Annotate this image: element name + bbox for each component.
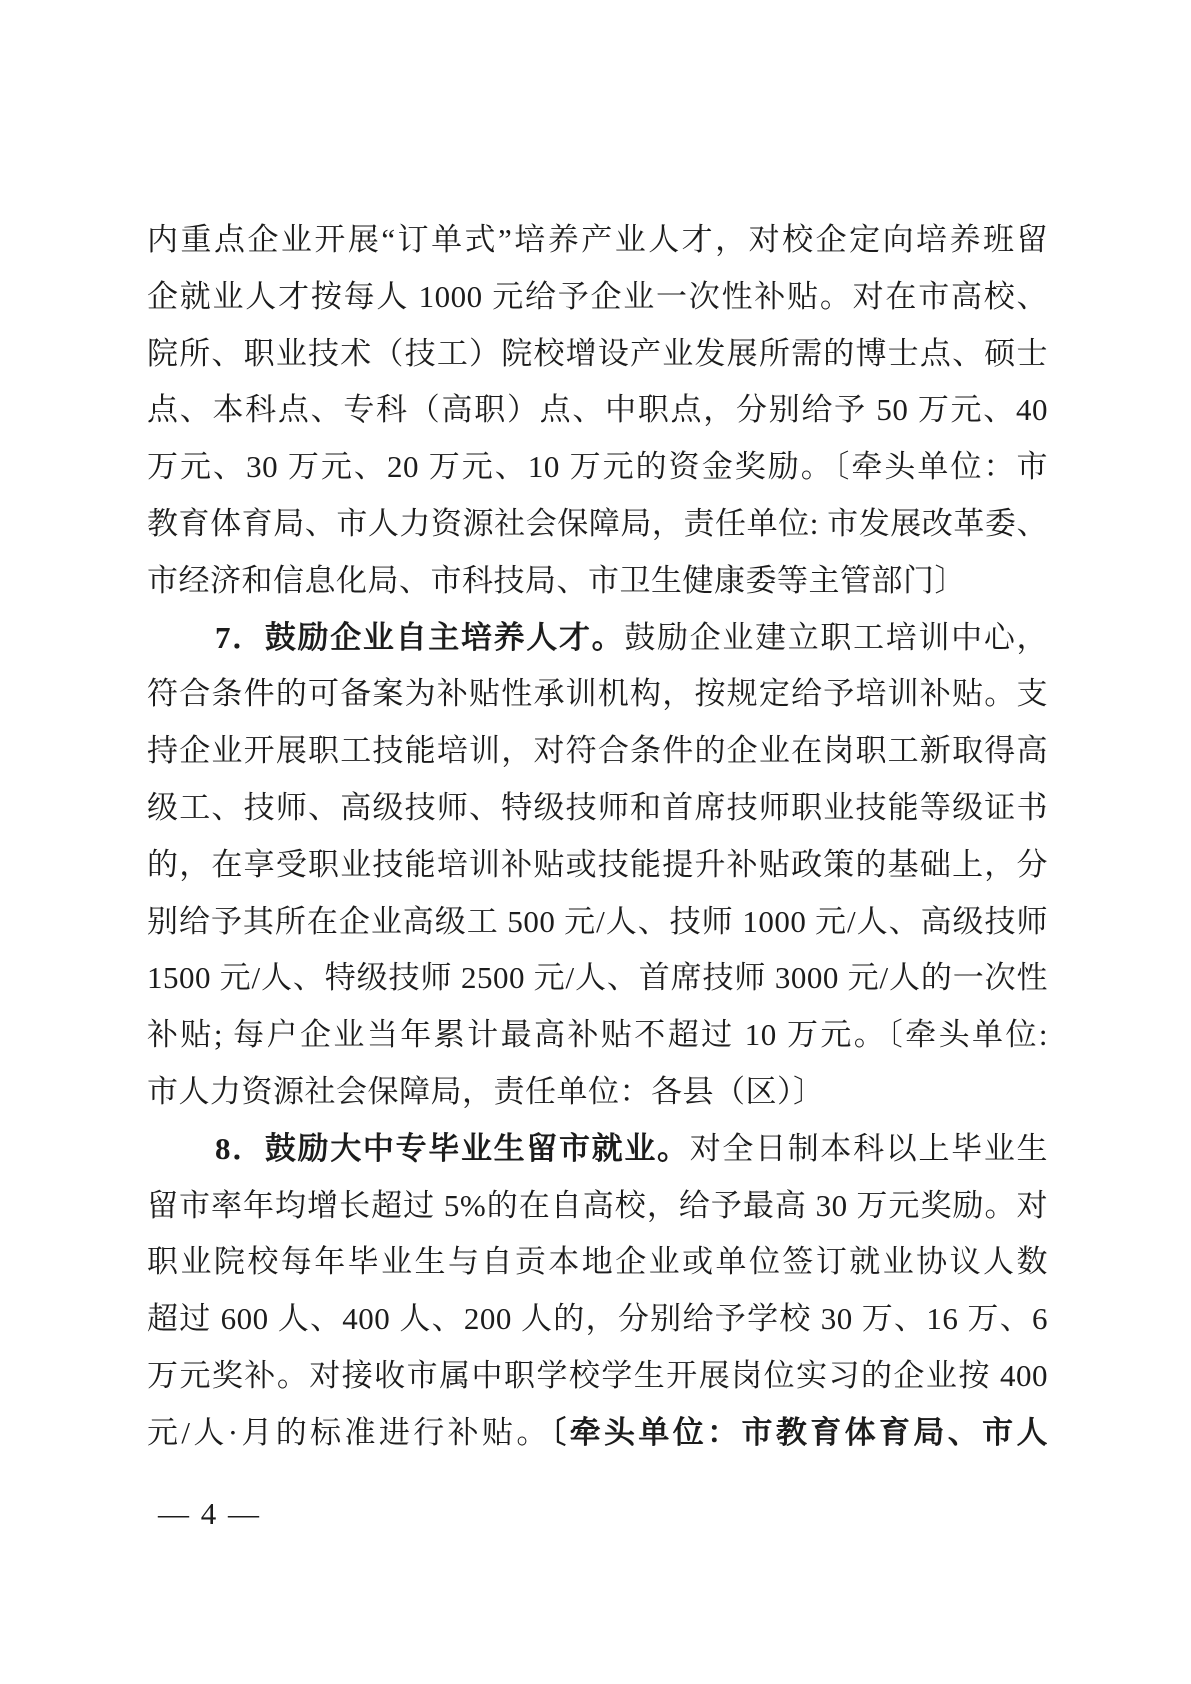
bold-text-run: 8．鼓励大中专毕业生留市就业。 <box>215 1131 690 1166</box>
text-line: 内重点企业开展“订单式”培养产业人才，对校企定向培养班留 <box>147 212 1048 269</box>
document-body: 内重点企业开展“订单式”培养产业人才，对校企定向培养班留企就业人才按每人 100… <box>147 212 1048 1462</box>
text-run: 企就业人才按每人 1000 元给予企业一次性补贴。对在市高校、 <box>147 279 1048 314</box>
text-line: 万元奖补。对接收市属中职学校学生开展岗位实习的企业按 400 <box>147 1348 1048 1405</box>
text-line: 的，在享受职业技能培训补贴或技能提升补贴政策的基础上，分 <box>147 837 1048 894</box>
text-run: 持企业开展职工技能培训，对符合条件的企业在岗职工新取得高 <box>147 733 1048 768</box>
text-line: 符合条件的可备案为补贴性承训机构，按规定给予培训补贴。支 <box>147 666 1048 723</box>
document-page: 内重点企业开展“订单式”培养产业人才，对校企定向培养班留企就业人才按每人 100… <box>0 0 1191 1684</box>
text-run: 点、本科点、专科（高职）点、中职点，分别给予 50 万元、40 <box>147 392 1048 427</box>
text-run: 市人力资源社会保障局，责任单位：各县（区）〕 <box>147 1074 825 1109</box>
text-run: 级工、技师、高级技师、特级技师和首席技师职业技能等级证书 <box>147 790 1048 825</box>
text-run: 符合条件的可备案为补贴性承训机构，按规定给予培训补贴。支 <box>147 676 1048 711</box>
text-line: 万元、30 万元、20 万元、10 万元的资金奖励。〔牵头单位：市 <box>147 439 1048 496</box>
text-run: 职业院校每年毕业生与自贡本地企业或单位签订就业协议人数 <box>147 1244 1048 1279</box>
text-run: 别给予其所在企业高级工 500 元/人、技师 1000 元/人、高级技师 <box>147 904 1048 939</box>
text-line: 留市率年均增长超过 5%的在自高校，给予最高 30 万元奖励。对 <box>147 1178 1048 1235</box>
text-run: 元/人·月的标准进行补贴。 <box>147 1415 551 1450</box>
text-line: 8．鼓励大中专毕业生留市就业。对全日制本科以上毕业生 <box>147 1121 1048 1178</box>
text-run: 万元奖补。对接收市属中职学校学生开展岗位实习的企业按 400 <box>147 1358 1048 1393</box>
page-number: — 4 — <box>158 1496 261 1532</box>
text-line: 企就业人才按每人 1000 元给予企业一次性补贴。对在市高校、 <box>147 269 1048 326</box>
text-line: 级工、技师、高级技师、特级技师和首席技师职业技能等级证书 <box>147 780 1048 837</box>
text-line: 持企业开展职工技能培训，对符合条件的企业在岗职工新取得高 <box>147 723 1048 780</box>
text-run: 鼓励企业建立职工培训中心， <box>624 620 1048 655</box>
text-run: 对全日制本科以上毕业生 <box>690 1131 1048 1166</box>
text-run: 万元、30 万元、20 万元、10 万元的资金奖励。〔牵头单位：市 <box>147 449 1048 484</box>
text-run: 教育体育局、市人力资源社会保障局，责任单位: 市发展改革委、 <box>147 506 1048 541</box>
text-run: 1500 元/人、特级技师 2500 元/人、首席技师 3000 元/人的一次性 <box>147 960 1048 995</box>
bold-text-run: 〔牵头单位：市教育体育局、市人 <box>551 1415 1048 1450</box>
text-run: 内重点企业开展“订单式”培养产业人才，对校企定向培养班留 <box>147 222 1048 257</box>
text-line: 元/人·月的标准进行补贴。〔牵头单位：市教育体育局、市人 <box>147 1405 1048 1462</box>
text-run: 留市率年均增长超过 5%的在自高校，给予最高 30 万元奖励。对 <box>147 1188 1048 1223</box>
text-line: 院所、职业技术（技工）院校增设产业发展所需的博士点、硕士 <box>147 326 1048 383</box>
text-line: 别给予其所在企业高级工 500 元/人、技师 1000 元/人、高级技师 <box>147 894 1048 951</box>
text-line: 超过 600 人、400 人、200 人的，分别给予学校 30 万、16 万、6 <box>147 1291 1048 1348</box>
text-run: 补贴; 每户企业当年累计最高补贴不超过 10 万元。〔牵头单位: <box>147 1017 1048 1052</box>
text-line: 补贴; 每户企业当年累计最高补贴不超过 10 万元。〔牵头单位: <box>147 1007 1048 1064</box>
text-line: 点、本科点、专科（高职）点、中职点，分别给予 50 万元、40 <box>147 382 1048 439</box>
text-line: 职业院校每年毕业生与自贡本地企业或单位签订就业协议人数 <box>147 1234 1048 1291</box>
text-run: 超过 600 人、400 人、200 人的，分别给予学校 30 万、16 万、6 <box>147 1301 1048 1336</box>
text-line: 市经济和信息化局、市科技局、市卫生健康委等主管部门〕 <box>147 553 1048 610</box>
text-line: 教育体育局、市人力资源社会保障局，责任单位: 市发展改革委、 <box>147 496 1048 553</box>
text-run: 市经济和信息化局、市科技局、市卫生健康委等主管部门〕 <box>147 563 966 598</box>
text-run: 的，在享受职业技能培训补贴或技能提升补贴政策的基础上，分 <box>147 847 1048 882</box>
text-line: 市人力资源社会保障局，责任单位：各县（区）〕 <box>147 1064 1048 1121</box>
text-run: 院所、职业技术（技工）院校增设产业发展所需的博士点、硕士 <box>147 336 1048 371</box>
text-line: 1500 元/人、特级技师 2500 元/人、首席技师 3000 元/人的一次性 <box>147 950 1048 1007</box>
bold-text-run: 7．鼓励企业自主培养人才。 <box>215 620 624 655</box>
text-line: 7．鼓励企业自主培养人才。鼓励企业建立职工培训中心， <box>147 610 1048 667</box>
